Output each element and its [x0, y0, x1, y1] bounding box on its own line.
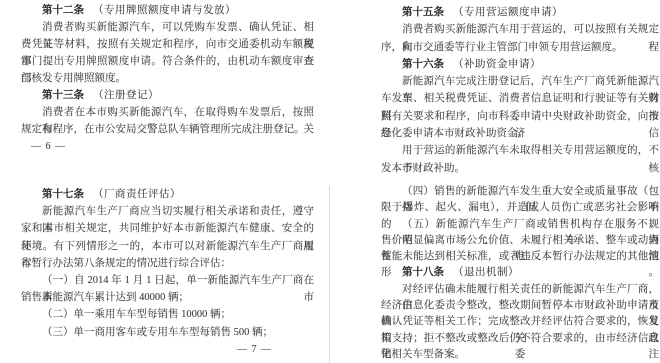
page-edge-divider — [329, 186, 330, 363]
article-heading: 第十二条（专用牌照额度申请与发放） — [21, 2, 314, 19]
article-title: （厂商责任评估） — [93, 189, 181, 200]
text-line: 新能源汽车生产厂商应当切实履行相关承诺和责任，遵守国 — [21, 203, 314, 220]
text-line: 费凭证等材料，按照有关规定和程序，向市交通委机动车额度审查 — [21, 36, 314, 53]
text-line: （一）自 2014 年 1 月 1 日起，单一新能源汽车生产厂商在本市 — [21, 272, 314, 289]
text-line: 售价明显偏离市场公允价值、未履行相关承诺、整车或动力蓄电池 — [381, 233, 659, 249]
text-line: 照有关要求和程序，向市科委申请中央财政补助资金，向市经济信 — [381, 108, 659, 125]
text-line: 对经评估确未能履行相关责任的新能源汽车生产厂商，由市 — [381, 282, 659, 298]
article-heading: 第十五条（专用营运额度申请） — [381, 4, 659, 21]
article-number: 第十八条 — [402, 267, 444, 278]
page-number: — 6 — — [21, 138, 314, 155]
article-title: （专用牌照额度申请与发放） — [93, 5, 236, 16]
text-line: 规定和程序，在市公安局交警总队车辆管理所完成注册登记。 — [21, 121, 314, 138]
text-line: 门核发专用牌照额度。 — [21, 70, 314, 87]
text-line: 新能源汽车完成注册登记后，汽车生产厂商凭新能源汽车购 — [381, 73, 659, 90]
text-line: （三）单一商用客车或专用车车型每销售 500 辆； — [21, 324, 314, 341]
text-line: （五）新能源汽车生产厂商或销售机构存在服务不规范、车辆 — [381, 217, 659, 233]
article-title: （专用营运额度申请） — [453, 7, 563, 18]
article-number: 第十二条 — [42, 5, 84, 16]
page-7-top-excerpt: 第十五条（专用营运额度申请）消费者购买新能源汽车用于营运的，可以按照有关规定和程… — [381, 4, 659, 177]
article-title: （注册登记） — [93, 90, 159, 101]
text-line: 确认凭证等相关工作；完成整改并经评估符合要求的，恢复相关政 — [381, 314, 659, 330]
text-line: 经济信息化委责令整改，整改期间暂停本市财政补助申请及核发 — [381, 298, 659, 314]
article-number: 第十三条 — [42, 90, 84, 101]
text-line: 消费者购买新能源汽车用于营运的，可以按照有关规定和程 — [381, 21, 659, 38]
text-line: 用于营运的新能源汽车未取得相关专用营运额度的，不予核 — [381, 142, 659, 159]
article-heading: 第十七条（厂商责任评估） — [21, 186, 314, 203]
article-title: （退出机制） — [453, 267, 519, 278]
page-7-bottom-excerpt: 第十七条（厂商责任评估）新能源汽车生产厂商应当切实履行相关承诺和责任，遵守国家和… — [21, 186, 314, 358]
text-line: （二）单一乘用车车型每销售 10000 辆； — [21, 306, 314, 323]
text-line: 限于爆炸、起火、漏电），并造成人员伤亡或恶劣社会影响的； — [381, 200, 659, 216]
article-number: 第十七条 — [42, 189, 84, 200]
page-8-top-excerpt: （四）销售的新能源汽车发生重大安全或质量事故（包括但不限于爆炸、起火、漏电），并… — [381, 184, 659, 363]
article-number: 第十五条 — [402, 7, 444, 18]
page-6-bottom-excerpt: 第十二条（专用牌照额度申请与发放）消费者购买新能源汽车，可以凭购车发票、确认凭证… — [21, 2, 314, 155]
article-heading: 第十六条（补助资金申请） — [381, 56, 659, 73]
text-line: 部门提出专用牌照额度申请。符合条件的，由机动车额度审查部 — [21, 53, 314, 70]
text-line: 消费者购买新能源汽车，可以凭购车发票、确认凭证、相关税 — [21, 19, 314, 36]
text-line: 车发票、相关税费凭证、消费者信息证明和行驶证等有关材料，按 — [381, 90, 659, 107]
page-number: — 7 — — [21, 341, 314, 358]
text-line: 消费者在本市购买新能源汽车，在取得购车发票后，按照有关 — [21, 104, 314, 121]
article-number: 第十六条 — [402, 59, 444, 70]
article-title: （补助资金申请） — [453, 59, 541, 70]
article-heading: 第十三条（注册登记） — [21, 87, 314, 104]
text-line: 环境。有下列情形之一的，本市可以对新能源汽车生产厂商履行 — [21, 238, 314, 255]
text-line: 序，向市交通委等行业主管部门申领专用营运额度。 — [381, 39, 659, 56]
text-line: 家和本市相关规定，共同维护好本市新能源汽车健康、安全的使用 — [21, 220, 314, 237]
text-line: 性能未能达到相关标准，或者违反本暂行办法规定的其他情形。 — [381, 249, 659, 265]
text-line: （四）销售的新能源汽车发生重大安全或质量事故（包括但不 — [381, 184, 659, 200]
document-viewer: 第十二条（专用牌照额度申请与发放）消费者购买新能源汽车，可以凭购车发票、确认凭证… — [0, 0, 660, 363]
text-line: 本暂行办法第八条规定的情况进行综合评估： — [21, 255, 314, 272]
text-line: 策支持；拒不整改或整改后仍不符合要求的，由市经济信息化委注 — [381, 331, 659, 347]
